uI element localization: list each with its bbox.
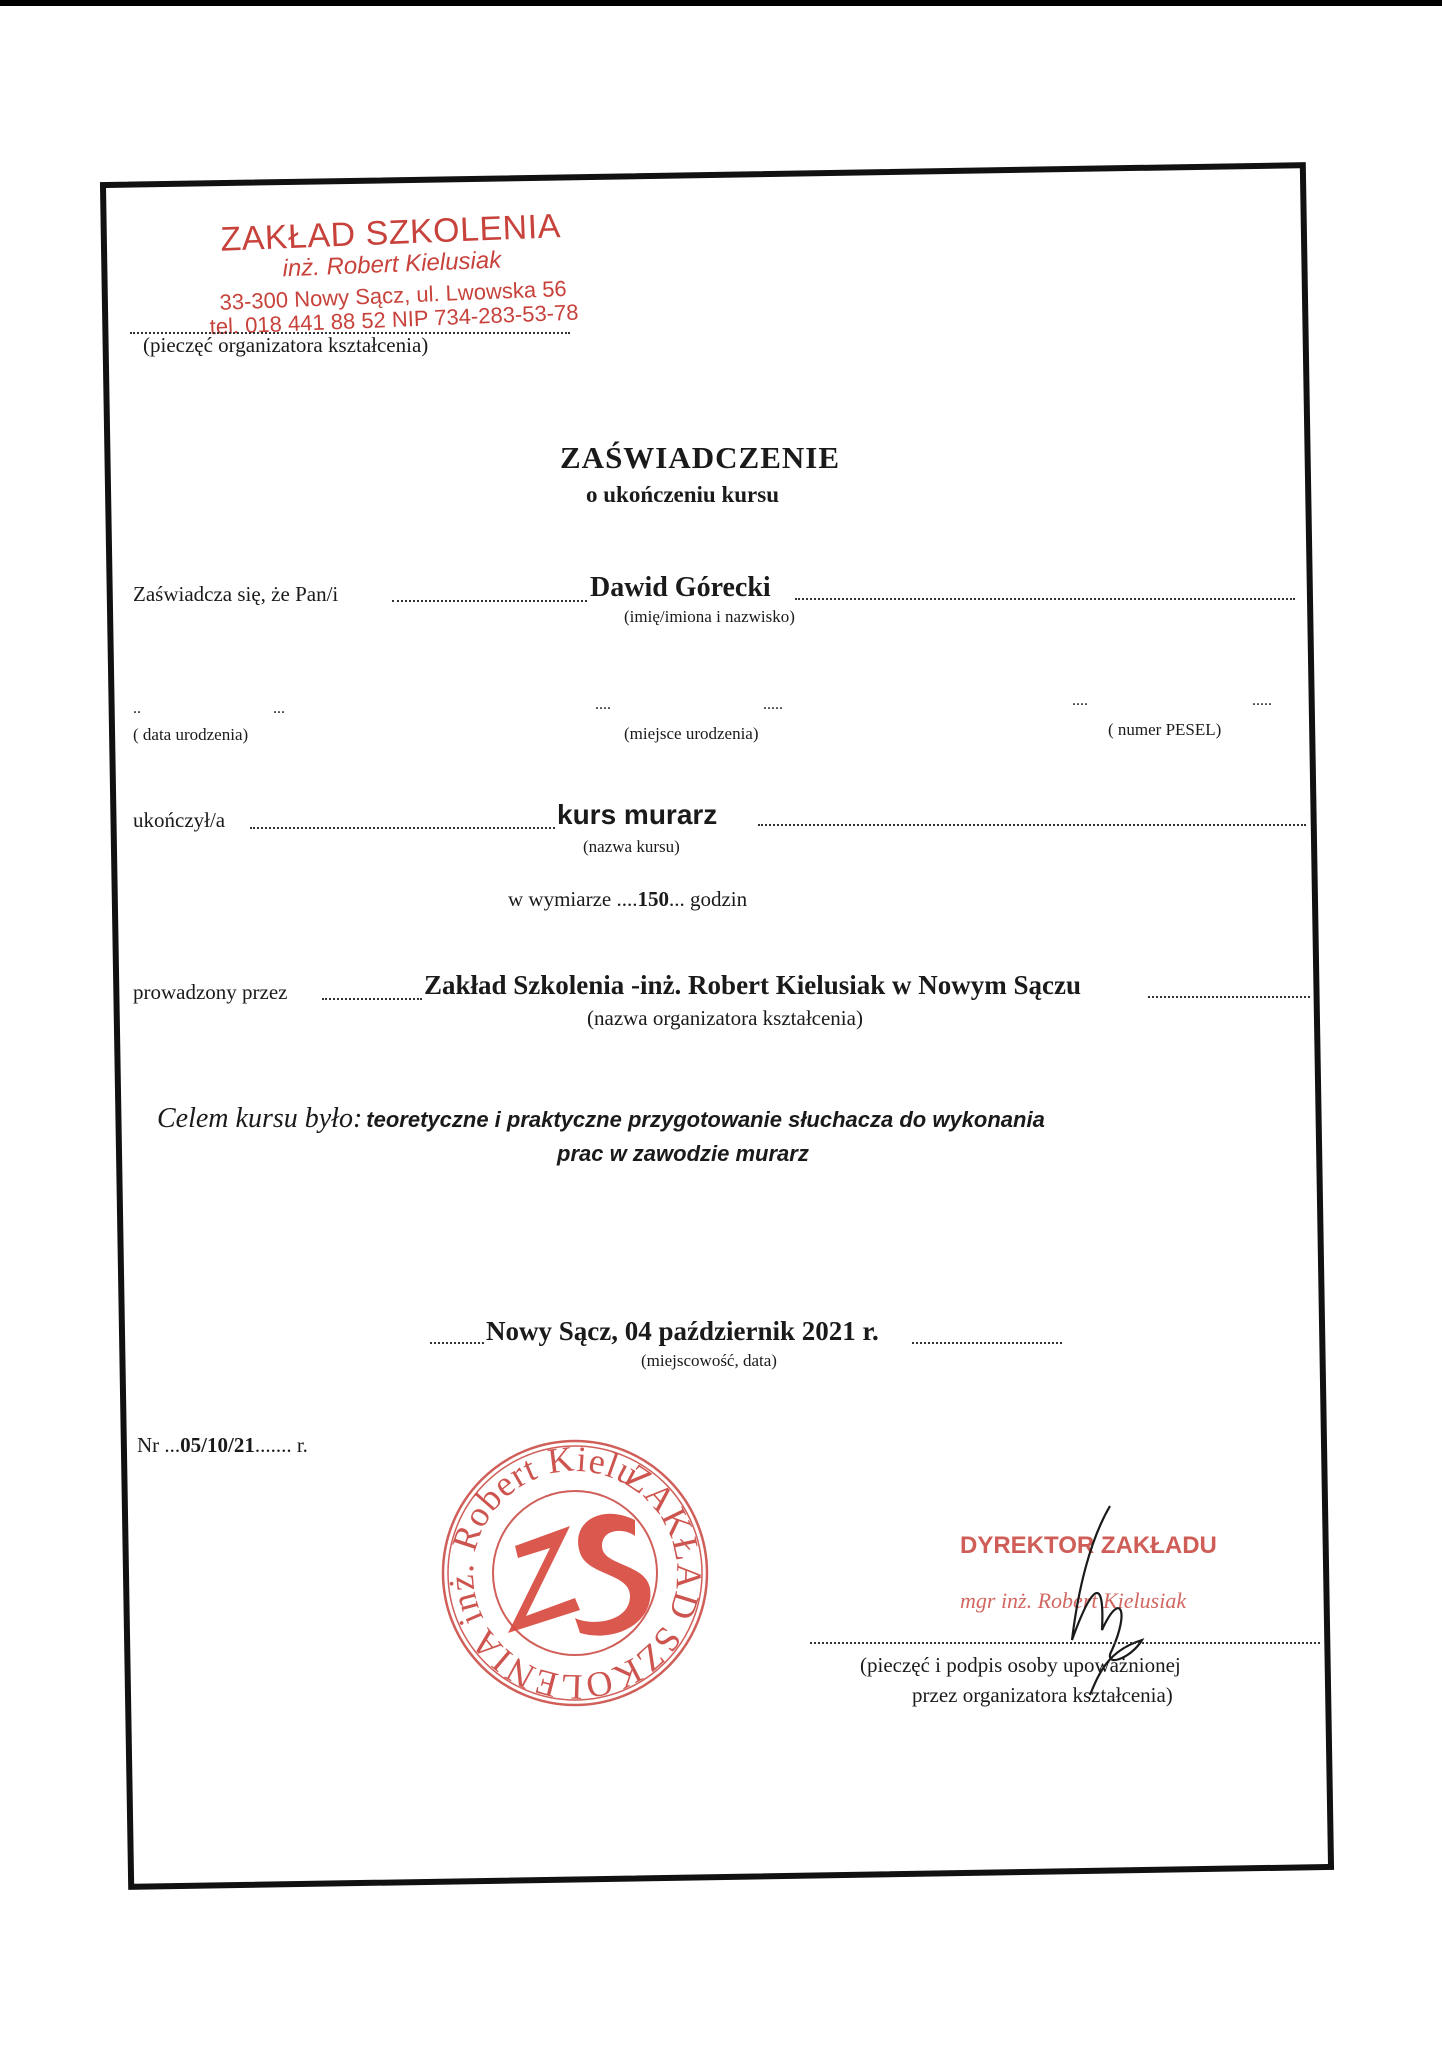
hours-value[interactable]: 150: [637, 887, 669, 911]
course-label: ukończył/a: [133, 808, 225, 833]
organizer-dotline-left: [322, 998, 422, 1000]
header-stamp-caption: (pieczęć organizatora kształcenia): [143, 333, 428, 358]
course-caption: (nazwa kursu): [583, 837, 680, 857]
course-goal-lead: Celem kursu było:: [157, 1103, 362, 1134]
pesel-dots: .... .....: [1072, 692, 1272, 710]
number-prefix: Nr ...: [137, 1433, 180, 1457]
organizer-value[interactable]: Zakład Szkolenia -inż. Robert Kielusiak …: [424, 970, 1081, 1001]
signature-dotline: [810, 1642, 1320, 1644]
birth-date-dots: .. ...: [133, 700, 285, 718]
certificate-number: Nr ...05/10/21....... r.: [137, 1433, 308, 1458]
round-company-seal: ZAKŁAD SZKOLENIA inż. Robert Kielusiak *: [430, 1428, 720, 1718]
name-caption: (imię/imiona i nazwisko): [624, 607, 795, 627]
birth-date-caption[interactable]: ( data urodzenia): [133, 725, 248, 745]
hours-line: w wymiarze ....150... godzin: [508, 887, 747, 912]
document-title: ZAŚWIADCZENIE: [560, 440, 840, 476]
name-dotline-left: [392, 600, 587, 602]
place-date-caption: (miejscowość, data): [641, 1351, 777, 1371]
place-date-dotline-left: [430, 1342, 484, 1344]
name-value[interactable]: Dawid Górecki: [590, 572, 771, 604]
course-goal-line1: Celem kursu było: teoretyczne i praktycz…: [157, 1103, 1045, 1135]
hours-prefix: w wymiarze ....: [508, 887, 637, 911]
course-goal-text1: teoretyczne i praktyczne przygotowanie s…: [366, 1107, 1045, 1132]
organizer-header-stamp: ZAKŁAD SZKOLENIA inż. Robert Kielusiak 3…: [190, 206, 594, 341]
place-date-value[interactable]: Nowy Sącz, 04 październik 2021 r.: [486, 1316, 879, 1347]
scan-top-edge: [0, 0, 1442, 6]
document-subtitle: o ukończeniu kursu: [586, 482, 779, 508]
place-date-dotline-right: [912, 1342, 1062, 1344]
name-label: Zaświadcza się, że Pan/i: [133, 582, 338, 607]
organizer-dotline-right: [1148, 996, 1310, 998]
number-suffix: ....... r.: [255, 1433, 308, 1457]
course-dotline-right: [758, 824, 1306, 826]
birth-place-caption[interactable]: (miejsce urodzenia): [624, 724, 759, 744]
signature-caption-line1: (pieczęć i podpis osoby upoważnionej: [860, 1653, 1181, 1678]
course-value[interactable]: kurs murarz: [557, 799, 717, 831]
svg-text:ZAKŁAD SZKOLENIA inż. Robert K: ZAKŁAD SZKOLENIA inż. Robert Kielusiak *: [430, 1428, 720, 1718]
signature-caption-line2: przez organizatora kształcenia): [912, 1683, 1173, 1708]
hours-suffix: ... godzin: [669, 887, 747, 911]
number-value[interactable]: 05/10/21: [180, 1433, 255, 1457]
organizer-caption: (nazwa organizatora kształcenia): [587, 1006, 863, 1031]
seal-ring-text: ZAKŁAD SZKOLENIA inż. Robert Kielusiak *: [430, 1428, 720, 1718]
course-dotline-left: [250, 827, 555, 829]
birth-place-dots: .... .....: [595, 696, 783, 714]
course-goal-text2: prac w zawodzie murarz: [557, 1141, 809, 1167]
name-dotline-right: [795, 598, 1295, 600]
organizer-label: prowadzony przez: [133, 980, 288, 1005]
seal-monogram-zs: [508, 1514, 650, 1636]
pesel-caption[interactable]: ( numer PESEL): [1108, 720, 1221, 740]
